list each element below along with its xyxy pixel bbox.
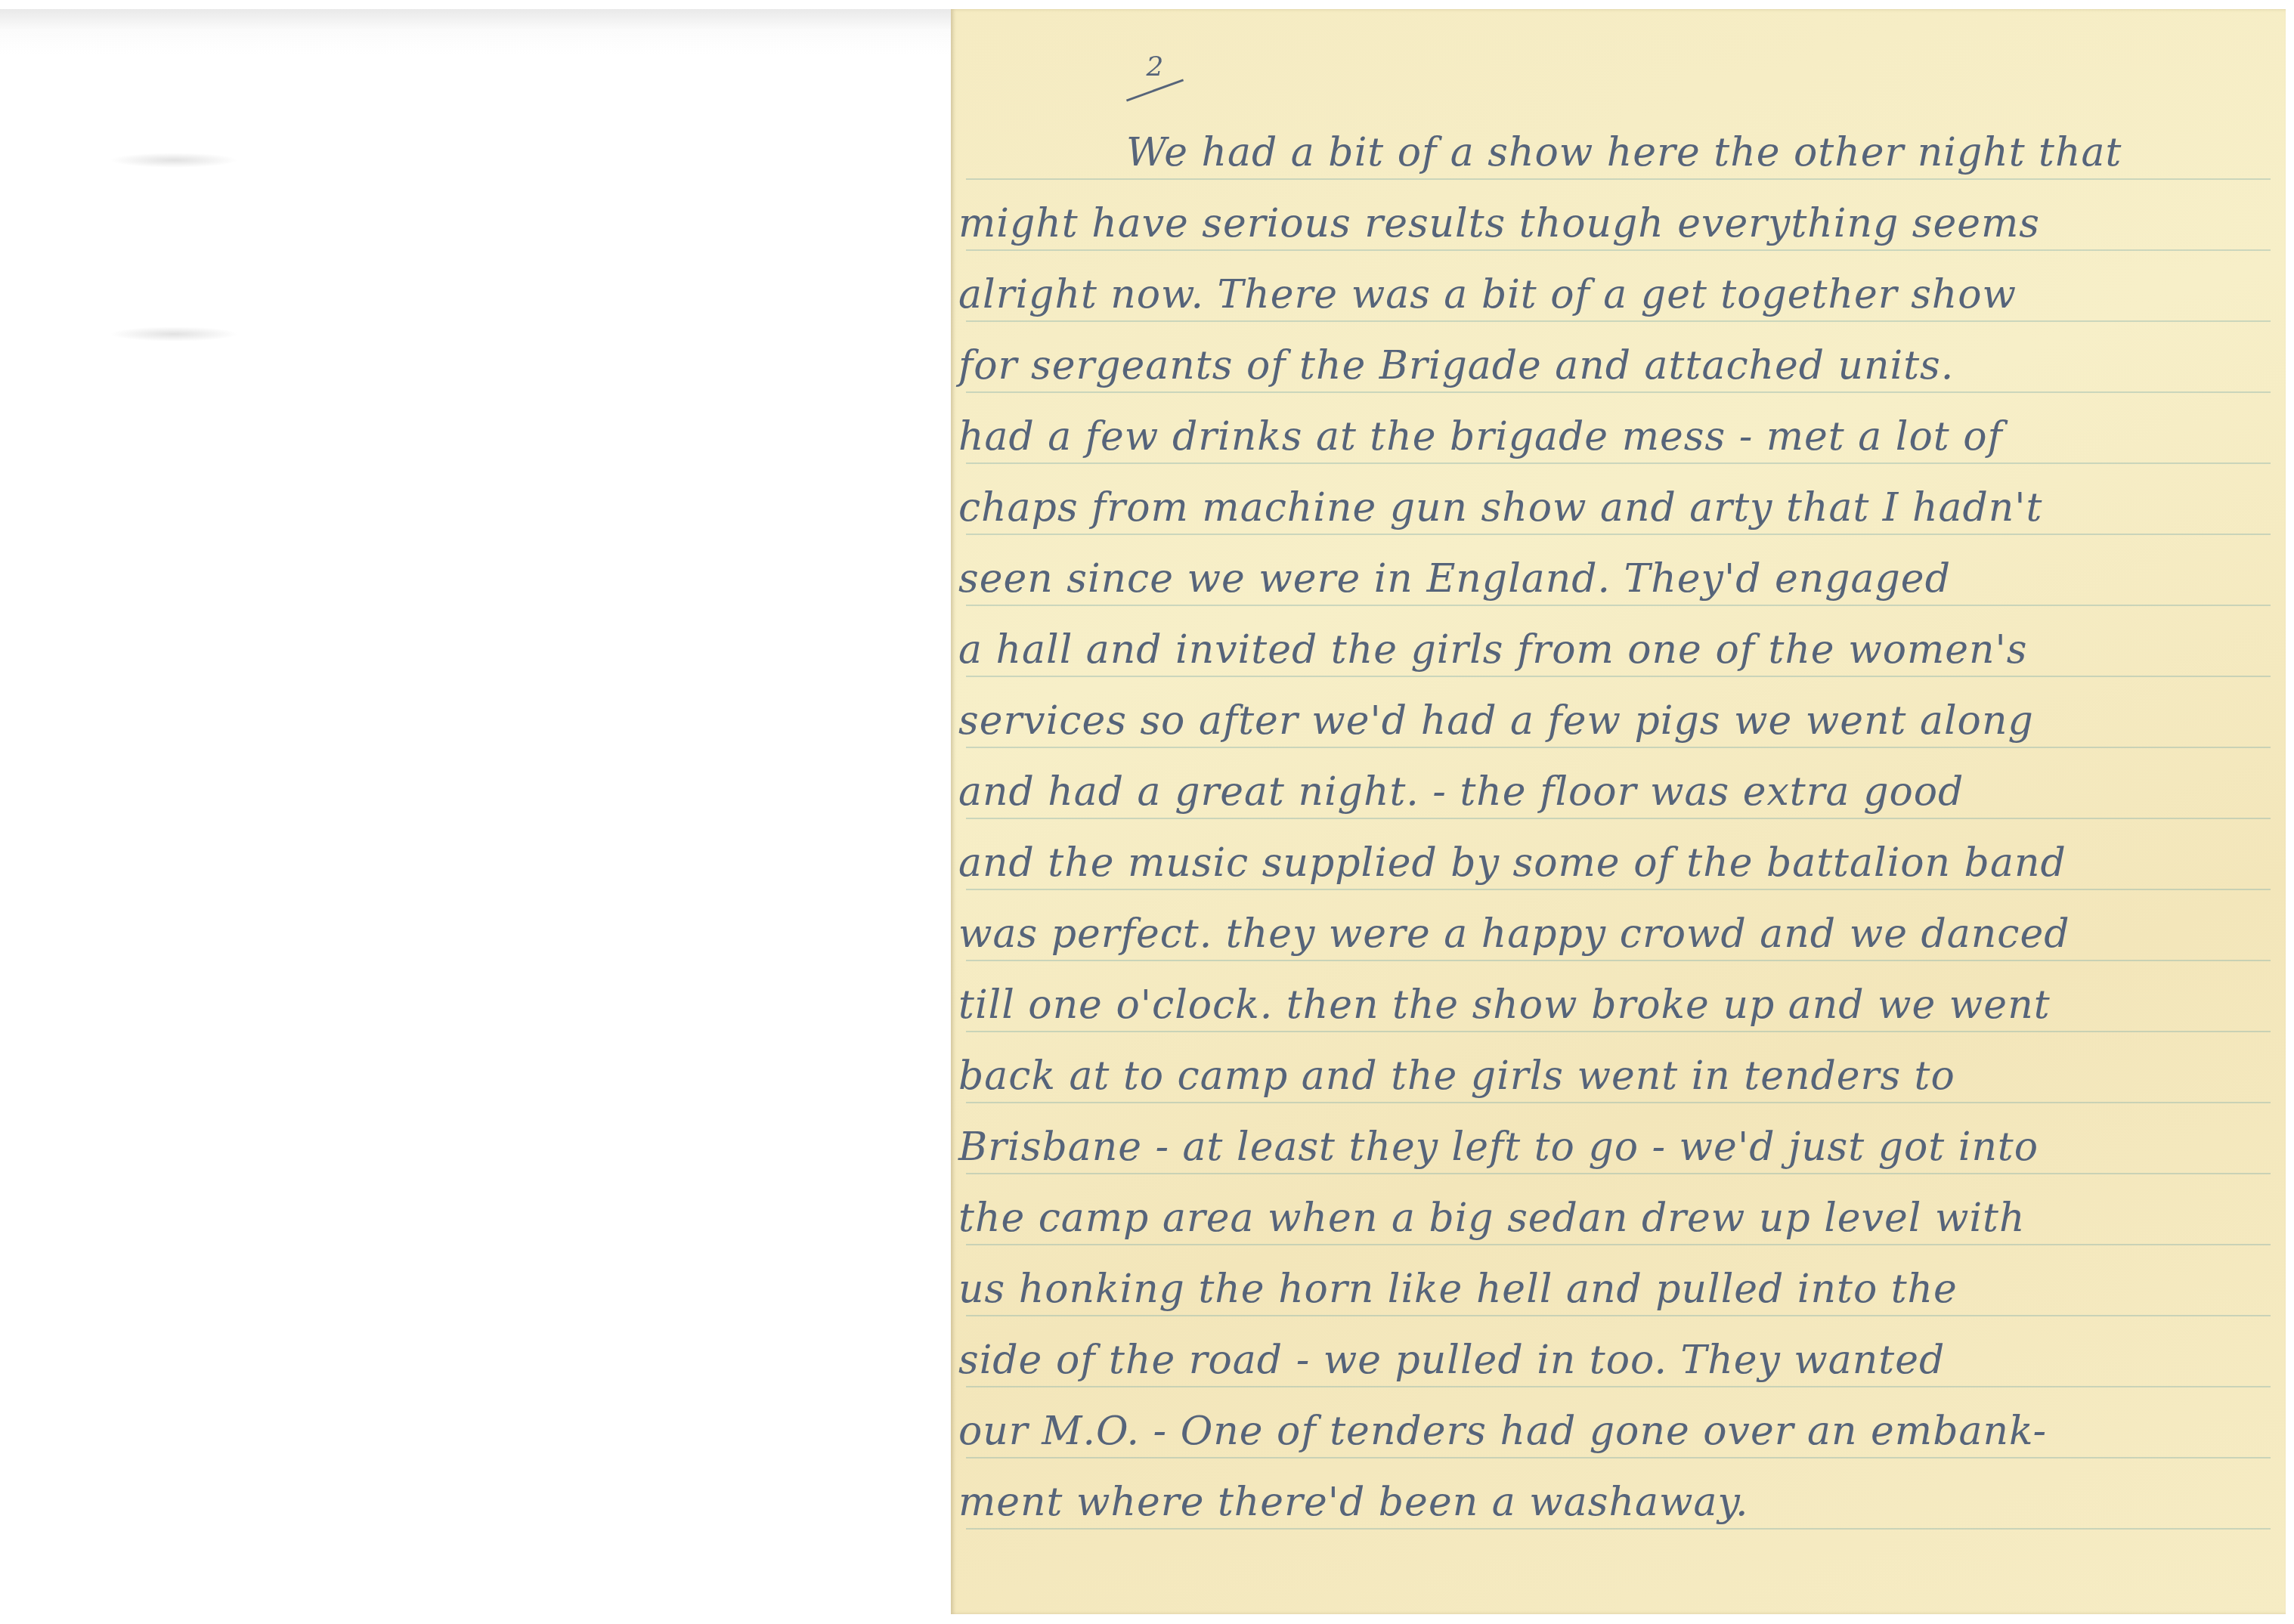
letter-line: had a few drinks at the brigade mess - m…	[958, 414, 2274, 459]
letter-line: us honking the horn like hell and pulled…	[958, 1267, 2274, 1312]
fold-crease	[0, 145, 951, 175]
letter-line: was perfect. they were a happy crowd and…	[958, 911, 2274, 957]
letter-line: alright now. There was a bit of a get to…	[958, 272, 2274, 317]
ruled-line	[966, 320, 2271, 322]
letter-line: till one o'clock. then the show broke up…	[958, 982, 2274, 1028]
blank-left-page	[0, 9, 951, 1624]
ruled-line	[966, 534, 2271, 535]
ruled-line	[966, 1244, 2271, 1245]
ruled-line	[966, 1528, 2271, 1530]
ruled-line	[966, 1031, 2271, 1032]
ruled-line	[966, 1386, 2271, 1387]
letter-line: We had a bit of a show here the other ni…	[1126, 130, 2294, 175]
ruled-line	[966, 676, 2271, 677]
ruled-line	[966, 1102, 2271, 1103]
letter-line: Brisbane - at least they left to go - we…	[958, 1124, 2274, 1170]
letter-line: and the music supplied by some of the ba…	[958, 840, 2274, 886]
ruled-line	[966, 1173, 2271, 1174]
fold-crease	[0, 319, 951, 349]
letter-line: a hall and invited the girls from one of…	[958, 627, 2274, 673]
letter-line: ment where there'd been a washaway.	[958, 1480, 2274, 1525]
ruled-line	[966, 178, 2271, 180]
letter-line: seen since we were in England. They'd en…	[958, 556, 2274, 602]
letter-line: for sergeants of the Brigade and attache…	[958, 343, 2274, 388]
ruled-line	[966, 747, 2271, 748]
letter-line: our M.O. - One of tenders had gone over …	[958, 1409, 2274, 1454]
letter-line: chaps from machine gun show and arty tha…	[958, 485, 2274, 531]
ruled-line	[966, 605, 2271, 606]
scan-top-strip	[0, 0, 2294, 9]
page-number: 2	[1110, 51, 1200, 82]
letter-line: services so after we'd had a few pigs we…	[958, 698, 2274, 744]
ruled-line	[966, 1315, 2271, 1316]
letter-line: the camp area when a big sedan drew up l…	[958, 1196, 2274, 1241]
ruled-line	[966, 462, 2271, 464]
ruled-line	[966, 1457, 2271, 1459]
ruled-line	[966, 818, 2271, 819]
letter-line: back at to camp and the girls went in te…	[958, 1053, 2274, 1099]
letter-line: side of the road - we pulled in too. The…	[958, 1338, 2274, 1383]
letter-line: and had a great night. - the floor was e…	[958, 769, 2274, 815]
ruled-line	[966, 960, 2271, 961]
ruled-line	[966, 249, 2271, 251]
letter-line: might have serious results though everyt…	[958, 201, 2274, 246]
ruled-line	[966, 889, 2271, 890]
ruled-line	[966, 391, 2271, 393]
